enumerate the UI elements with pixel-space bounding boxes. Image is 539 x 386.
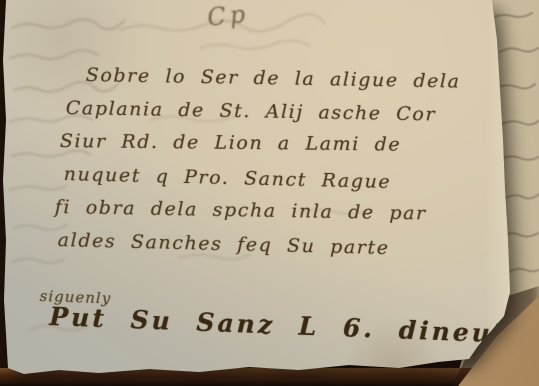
manuscript-photo: Cp Sobre lo Ser de la aligue dela Caplan… xyxy=(0,0,539,386)
deckled-edge-highlight xyxy=(0,371,539,386)
page-fold-highlight xyxy=(485,0,521,356)
manuscript-line: Siur Rd. de Lion a Lami de xyxy=(60,130,402,156)
manuscript-page: Cp Sobre lo Ser de la aligue dela Caplan… xyxy=(0,0,539,386)
manuscript-page-wrap: Cp Sobre lo Ser de la aligue dela Caplan… xyxy=(0,0,539,386)
header-flourish: Cp xyxy=(206,0,250,32)
